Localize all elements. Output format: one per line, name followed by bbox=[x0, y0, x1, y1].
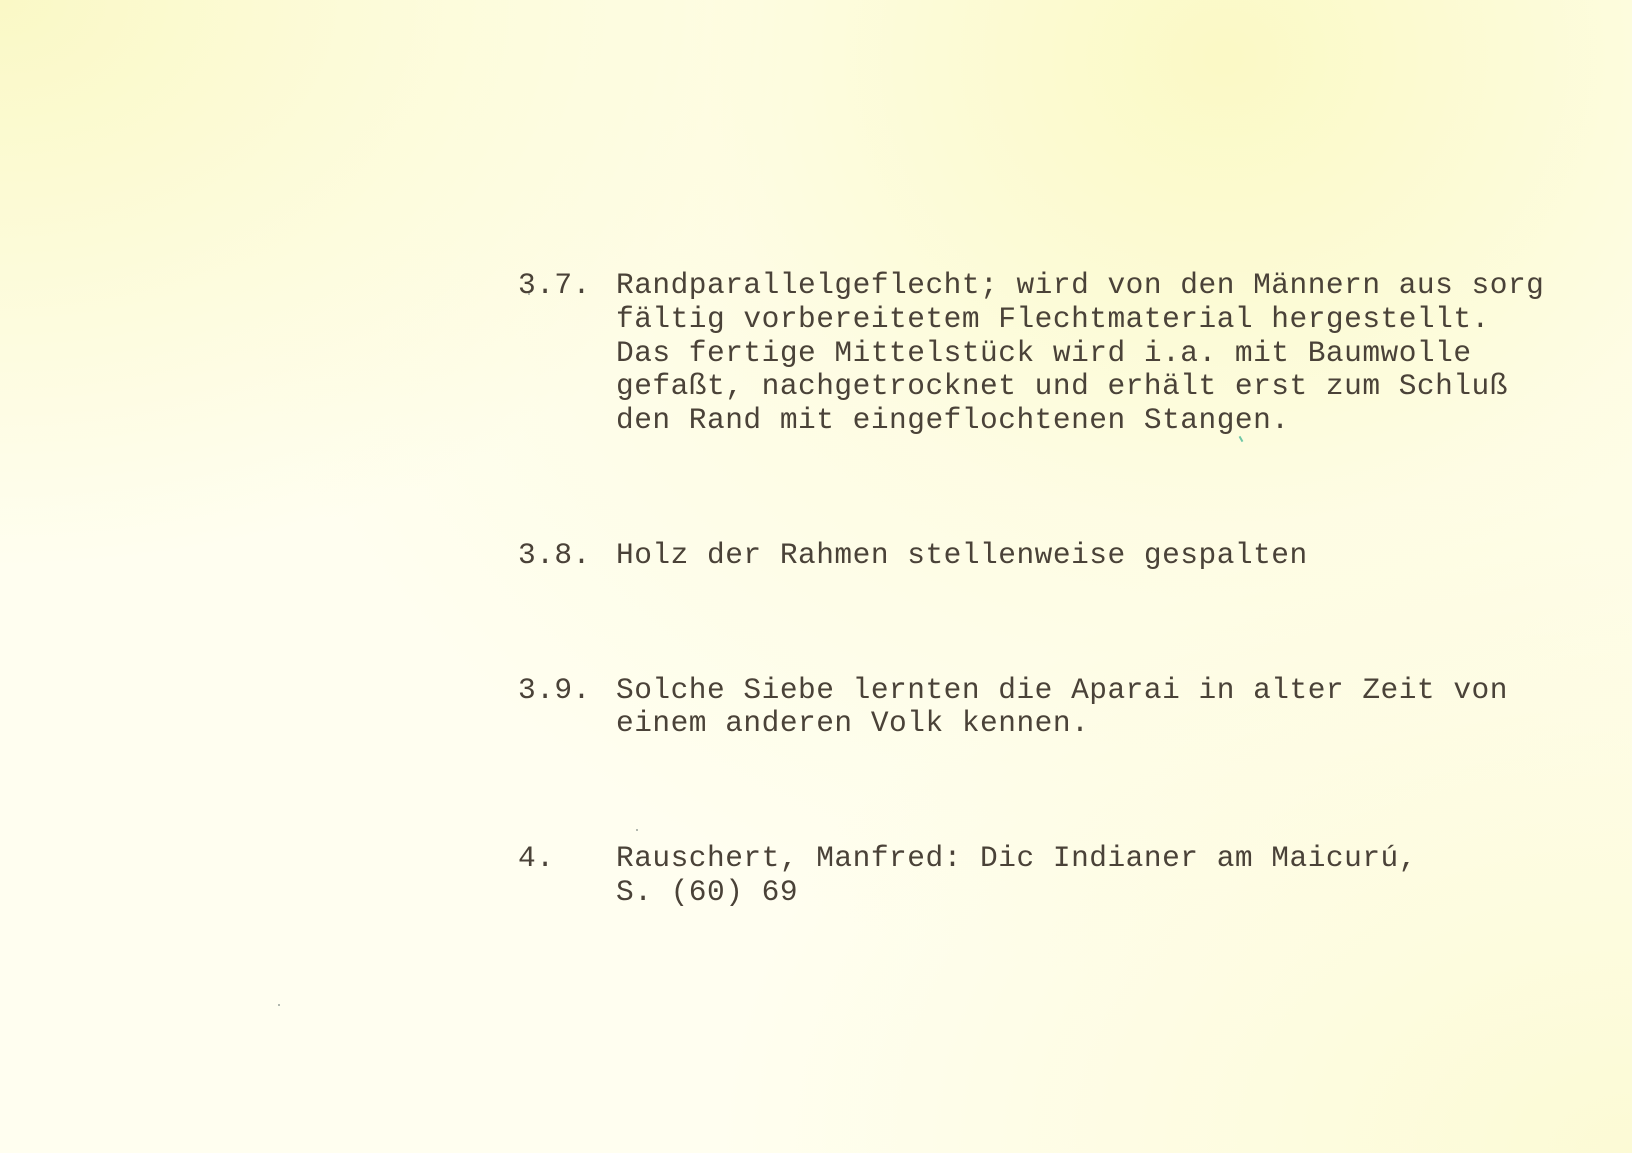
text-line: einem anderen Volk kennen. bbox=[616, 707, 1508, 741]
paper-speck bbox=[528, 293, 530, 295]
entry-3-7: 3.7. Randparallelgeflecht; wird von den … bbox=[518, 269, 1544, 438]
text-line: Randparallelgeflecht; wird von den Männe… bbox=[616, 269, 1544, 303]
entry-text: Rauschert, Manfred: Dic Indianer am Maic… bbox=[616, 842, 1417, 909]
entry-text: Holz der Rahmen stellenweise gespalten bbox=[616, 539, 1308, 573]
text-line: fältig vorbereitetem Flechtmaterial herg… bbox=[616, 303, 1544, 337]
text-line: S. (60) 69 bbox=[616, 876, 1417, 910]
entry-3-9: 3.9. Solche Siebe lernten die Aparai in … bbox=[518, 674, 1544, 741]
text-line: gefaßt, nachgetrocknet und erhält erst z… bbox=[616, 370, 1544, 404]
text-line: Solche Siebe lernten die Aparai in alter… bbox=[616, 674, 1508, 708]
entry-number: 3.8. bbox=[518, 539, 616, 573]
index-card: 3.7. Randparallelgeflecht; wird von den … bbox=[0, 0, 1632, 1153]
card-entries: 3.7. Randparallelgeflecht; wird von den … bbox=[518, 168, 1544, 1011]
text-line: den Rand mit eingeflochtenen Stangen. bbox=[616, 404, 1544, 438]
entry-text: Solche Siebe lernten die Aparai in alter… bbox=[616, 674, 1508, 741]
paper-speck bbox=[278, 1004, 280, 1006]
text-line: Holz der Rahmen stellenweise gespalten bbox=[616, 539, 1308, 573]
paper-speck bbox=[636, 829, 638, 831]
text-line: Rauschert, Manfred: Dic Indianer am Maic… bbox=[616, 842, 1417, 876]
entry-text: Randparallelgeflecht; wird von den Männe… bbox=[616, 269, 1544, 438]
entry-number: 3.7. bbox=[518, 269, 616, 438]
entry-number: 3.9. bbox=[518, 674, 616, 741]
entry-number: 4. bbox=[518, 842, 616, 909]
entry-4: 4. Rauschert, Manfred: Dic Indianer am M… bbox=[518, 842, 1544, 909]
scan-border bbox=[1632, 0, 1648, 1153]
entry-3-8: 3.8. Holz der Rahmen stellenweise gespal… bbox=[518, 539, 1544, 573]
text-line: Das fertige Mittelstück wird i.a. mit Ba… bbox=[616, 337, 1544, 371]
